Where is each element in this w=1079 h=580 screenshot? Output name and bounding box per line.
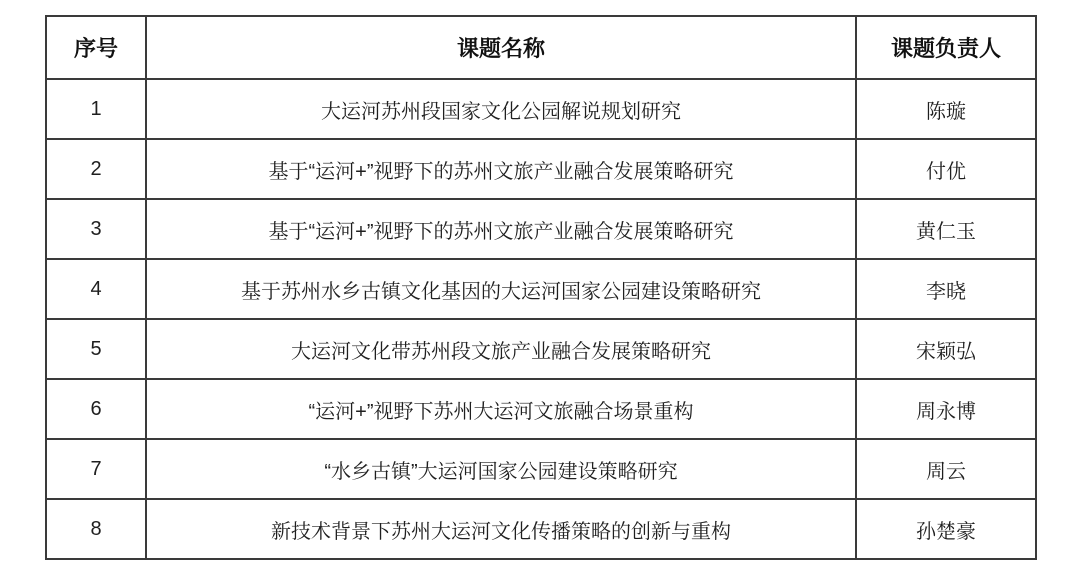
cell-project-title: 大运河苏州段国家文化公园解说规划研究 [146,79,856,139]
cell-project-title: “运河+”视野下苏州大运河文旅融合场景重构 [146,379,856,439]
cell-project-title: “水乡古镇”大运河国家公园建设策略研究 [146,439,856,499]
header-cell-project-leader: 课题负责人 [856,16,1036,79]
cell-project-leader: 周永博 [856,379,1036,439]
cell-number: 4 [46,259,146,319]
cell-project-leader: 付优 [856,139,1036,199]
cell-number: 8 [46,499,146,559]
cell-number: 2 [46,139,146,199]
cell-project-leader: 黄仁玉 [856,199,1036,259]
table-row: 1 大运河苏州段国家文化公园解说规划研究 陈璇 [46,79,1036,139]
table-row: 8 新技术背景下苏州大运河文化传播策略的创新与重构 孙楚豪 [46,499,1036,559]
cell-number: 7 [46,439,146,499]
header-cell-project-title: 课题名称 [146,16,856,79]
cell-number: 3 [46,199,146,259]
table-row: 3 基于“运河+”视野下的苏州文旅产业融合发展策略研究 黄仁玉 [46,199,1036,259]
page-background: 序号 课题名称 课题负责人 1 大运河苏州段国家文化公园解说规划研究 陈璇 2 … [0,0,1079,580]
cell-project-leader: 孙楚豪 [856,499,1036,559]
table-row: 7 “水乡古镇”大运河国家公园建设策略研究 周云 [46,439,1036,499]
table-row: 5 大运河文化带苏州段文旅产业融合发展策略研究 宋颖弘 [46,319,1036,379]
cell-project-title: 基于“运河+”视野下的苏州文旅产业融合发展策略研究 [146,139,856,199]
cell-project-leader: 周云 [856,439,1036,499]
cell-project-title: 基于苏州水乡古镇文化基因的大运河国家公园建设策略研究 [146,259,856,319]
projects-table: 序号 课题名称 课题负责人 1 大运河苏州段国家文化公园解说规划研究 陈璇 2 … [45,15,1037,560]
cell-project-title: 大运河文化带苏州段文旅产业融合发展策略研究 [146,319,856,379]
cell-number: 6 [46,379,146,439]
table-header-row: 序号 课题名称 课题负责人 [46,16,1036,79]
cell-number: 5 [46,319,146,379]
table-row: 4 基于苏州水乡古镇文化基因的大运河国家公园建设策略研究 李晓 [46,259,1036,319]
cell-project-title: 新技术背景下苏州大运河文化传播策略的创新与重构 [146,499,856,559]
table-row: 6 “运河+”视野下苏州大运河文旅融合场景重构 周永博 [46,379,1036,439]
cell-project-leader: 陈璇 [856,79,1036,139]
table-row: 2 基于“运河+”视野下的苏州文旅产业融合发展策略研究 付优 [46,139,1036,199]
cell-project-title: 基于“运河+”视野下的苏州文旅产业融合发展策略研究 [146,199,856,259]
cell-project-leader: 宋颖弘 [856,319,1036,379]
header-cell-number: 序号 [46,16,146,79]
cell-project-leader: 李晓 [856,259,1036,319]
cell-number: 1 [46,79,146,139]
